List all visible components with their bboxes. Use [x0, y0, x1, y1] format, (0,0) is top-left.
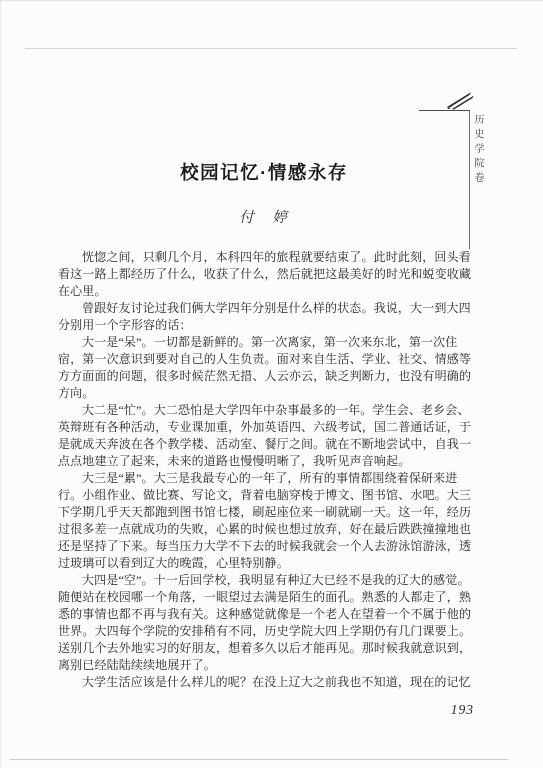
text-line: 随便站在校园哪一个角落，一眼望过去满是陌生的面孔。熟悉的人都走了，熟 — [58, 589, 472, 606]
text-line: 行。小组作业、做比赛、写论文，背着电脑穿梭于博文、图书馆、水吧。大三 — [58, 487, 472, 504]
text-line: 大三是“累”。大三是我最专心的一年了，所有的事情都围绕着保研来进 — [58, 470, 472, 487]
text-line: 大四是“空”。十一后回学校，我明显有种辽大已经不是我的辽大的感觉。 — [58, 572, 472, 589]
scan-artifact-line-bottom — [10, 759, 508, 760]
text-line: 看这一路上都经历了什么，收获了什么，然后就把这最美好的时光和蜕变收藏 — [58, 266, 472, 283]
text-line: 大二是“忙”。大二恐怕是大学四年中杂事最多的一年。学生会、老乡会、 — [58, 402, 472, 419]
pencil-icon — [444, 89, 474, 110]
text-line: 点点地建立了起来，未来的道路也慢慢明晰了，我听见声音响起。 — [58, 453, 472, 470]
text-line: 方方面面的问题，很多时候茫然无措、人云亦云，缺乏判断力，也没有明确的 — [58, 368, 472, 385]
text-line: 在心里。 — [58, 283, 472, 300]
text-line: 恍惚之间，只剩几个月，本科四年的旅程就要结束了。此时此刻，回头看 — [58, 249, 472, 266]
text-line: 方向。 — [58, 385, 472, 402]
text-line: 大学生活应该是什么样儿的呢？在没上辽大之前我也不知道，现在的记忆 — [58, 674, 472, 691]
page-number: 193 — [451, 702, 474, 718]
text-line: 还是坚持了下来。每当压力大学不下去的时候我就会一个人去游泳馆游泳，透 — [58, 538, 472, 555]
text-line: 过玻璃可以看到辽大的晚霞，心里特别静。 — [58, 555, 472, 572]
text-line: 英辩班有各种活动，专业课加重，外加英语四、六级考试，国二普通话证，于 — [58, 419, 472, 436]
scan-edge-top — [0, 0, 543, 2]
text-line: 离别已经陆陆续续地展开了。 — [58, 657, 472, 674]
article-author: 付 婷 — [58, 206, 470, 227]
text-line: 曾跟好友讨论过我们俩大学四年分别是什么样的状态。我说，大一到大四 — [58, 300, 472, 317]
text-line: 世界。大四每个学院的安排稍有不同，历史学院大四上学期仍有几门课要上。 — [58, 623, 472, 640]
corner-horizontal-rule — [419, 110, 470, 111]
book-page: 历史学院卷 校园记忆·情感永存 付 婷 恍惚之间，只剩几个月，本科四年的旅程就要… — [0, 0, 543, 768]
text-line: 大一是“呆”。一切都是新鲜的。第一次离家，第一次来东北，第一次住 — [58, 334, 472, 351]
text-line: 宿，第一次意识到要对自己的人生负责。面对来自生活、学业、社交、情感等 — [58, 351, 472, 368]
scan-edge-left — [0, 0, 2, 768]
article-title: 校园记忆·情感永存 — [58, 159, 470, 185]
text-line: 悉的事情也都不再与我有关。这种感觉就像是一个老人在望着一个不属于他的 — [58, 606, 472, 623]
article-body: 恍惚之间，只剩几个月，本科四年的旅程就要结束了。此时此刻，回头看 看这一路上都经… — [58, 249, 472, 691]
scan-artifact-line-top — [25, 48, 517, 49]
volume-side-label: 历史学院卷 — [470, 114, 485, 187]
text-line: 下学期几乎天天都跑到图书馆七楼，刷起座位来一刷就刷一天。这一年，经历 — [58, 504, 472, 521]
text-line: 过很多差一点就成功的失败，心累的时候也想过放弃，好在最后跌跌撞撞地也 — [58, 521, 472, 538]
text-line: 分别用一个字形容的话： — [58, 317, 472, 334]
text-line: 是就成天奔波在各个教学楼、活动室、餐厅之间。就在不断地尝试中，自我一 — [58, 436, 472, 453]
text-line: 送别几个去外地实习的好朋友，想着多久以后才能再见。那时候我就意识到， — [58, 640, 472, 657]
